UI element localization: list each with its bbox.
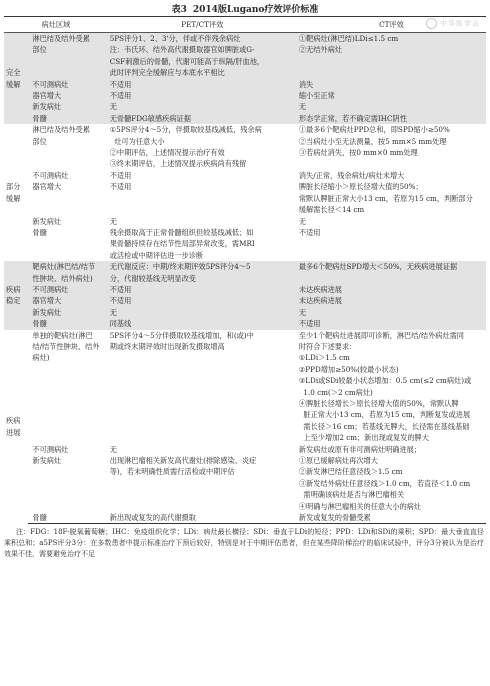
pet-cell: 5PS评分1、2、3'分，伴或不伴残余病灶注：韦氏环、结外高代谢摄取器官如脾脏或… (108, 33, 297, 79)
pet-cell: 不适用 (108, 79, 297, 90)
table-row: 新发病灶无无 (4, 101, 486, 112)
region-cell: 骨髓 (28, 227, 107, 261)
pet-cell: 无 (108, 444, 297, 455)
ct-cell: ①靶病灶(淋巴结)LDi≤1.5 cm②无结外病灶 (297, 33, 486, 79)
pet-cell: 无 (108, 101, 297, 112)
table-row: 骨髓同基线不适用 (4, 318, 486, 329)
table-row: 不可测病灶不适用消失/正常，残余病灶/病灶未增大 (4, 170, 486, 181)
region-cell: 不可测病灶 (28, 284, 107, 295)
table-row: 骨髓残余摄取高于正常骨髓组织但较基线减低；如果骨髓持续存在结节性局部异常改变，需… (4, 227, 486, 261)
watermark-logo-icon (426, 18, 437, 29)
table-row: 不可测病灶无新发病灶或原有非可测病灶明确进展； (4, 444, 486, 455)
table-number: 表3 (172, 5, 187, 15)
watermark: 中华医学会 (426, 18, 480, 29)
ct-cell: 无 (297, 101, 486, 112)
ct-cell: 不适用 (297, 227, 486, 261)
ct-cell: 新发病灶或原有非可测病灶明确进展； (297, 444, 486, 455)
table-row: 部分缓解淋巴结及结外受累部位①5PS评分4～5分，伴摄取较基线减低，残余病 灶可… (4, 124, 486, 170)
table-row: 新发病灶无无 (4, 307, 486, 318)
ct-cell: 消失 (297, 79, 486, 90)
region-cell: 靶病灶(淋巴结/结节性肿块、结外病灶) (28, 261, 107, 284)
table-row: 疾病进展单独的靶病灶(淋巴结/结节性肿块、结外病灶)5PS评分4～5分伴摄取较基… (4, 330, 486, 444)
pet-cell: 出现淋巴瘤相关新发高代谢灶(排除感染、炎症等)，若未明确性质需行活检或中期评估 (108, 455, 297, 512)
ct-cell: 无 (297, 307, 486, 318)
table-body: 完全缓解淋巴结及结外受累部位5PS评分1、2、3'分，伴或不伴残余病灶注：韦氏环… (4, 33, 486, 524)
ct-cell: 新发或复发的骨髓受累 (297, 512, 486, 524)
pet-cell: 5PS评分4～5分伴摄取较基线增加，和(或)中期或终末期评效时出现新发摄取增高 (108, 330, 297, 444)
region-cell: 新发病灶 (28, 307, 107, 318)
pet-cell: 无 (108, 307, 297, 318)
region-cell: 骨髓 (28, 512, 107, 524)
ct-cell: 缩小至正常 (297, 90, 486, 101)
lugano-criteria-table: 病灶区域 PET/CT评效 CT评效 完全缓解淋巴结及结外受累部位5PS评分1、… (4, 16, 486, 524)
category-cell: 疾病稳定 (4, 261, 28, 329)
ct-cell: ①原已缓解病灶再次增大②新发淋巴结任意径线＞1.5 cm③新发结外病灶任意径线＞… (297, 455, 486, 512)
pet-cell: 不适用 (108, 181, 297, 215)
region-cell: 不可测病灶 (28, 79, 107, 90)
pet-cell: 新出现或复发的高代谢摄取 (108, 512, 297, 524)
pet-cell: ①5PS评分4～5分，伴摄取较基线减低，残余病 灶可为任意大小②中期评估，上述情… (108, 124, 297, 170)
header-pet-ct: PET/CT评效 (108, 17, 297, 33)
document-page: 表32014版Lugano疗效评价标准 中华医学会 病灶区域 PET/CT评效 … (0, 0, 490, 686)
table-row: 器官增大不适用未达疾病进展 (4, 295, 486, 306)
region-cell: 新发病灶 (28, 216, 107, 227)
ct-cell: 最多6个靶病灶SPD增大＜50%，无疾病进展证据 (297, 261, 486, 284)
table-row: 新发病灶出现淋巴瘤相关新发高代谢灶(排除感染、炎症等)，若未明确性质需行活检或中… (4, 455, 486, 512)
table-row: 器官增大不适用脾脏长径缩小＞原长径增大值的50%；常默认脾脏正常大小13 cm，… (4, 181, 486, 215)
region-cell: 新发病灶 (28, 101, 107, 112)
table-header-row: 病灶区域 PET/CT评效 CT评效 (4, 17, 486, 33)
ct-cell: 至少1个靶病灶进展即可诊断，淋巴结/结外病灶需同时符合下述要求：①LDi＞1.5… (297, 330, 486, 444)
category-cell: 疾病进展 (4, 330, 28, 524)
region-cell: 器官增大 (28, 181, 107, 215)
region-cell: 单独的靶病灶(淋巴结/结节性肿块、结外病灶) (28, 330, 107, 444)
region-cell: 淋巴结及结外受累部位 (28, 33, 107, 79)
pet-cell: 无 (108, 216, 297, 227)
ct-cell: 未达疾病进展 (297, 295, 486, 306)
ct-cell: 消失/正常，残余病灶/病灶未增大 (297, 170, 486, 181)
table-row: 新发病灶无无 (4, 216, 486, 227)
header-region: 病灶区域 (4, 17, 108, 33)
table-caption: 表32014版Lugano疗效评价标准 (0, 0, 490, 16)
pet-cell: 残余摄取高于正常骨髓组织但较基线减低；如果骨髓持续存在结节性局部异常改变，需MR… (108, 227, 297, 261)
pet-cell: 不适用 (108, 90, 297, 101)
table-row: 骨髓新出现或复发的高代谢摄取新发或复发的骨髓受累 (4, 512, 486, 524)
pet-cell: 同基线 (108, 318, 297, 329)
region-cell: 骨髓 (28, 113, 107, 124)
pet-cell: 无骨髓FDG敏感疾病证据 (108, 113, 297, 124)
ct-cell: 无 (297, 216, 486, 227)
ct-cell: 未达疾病进展 (297, 284, 486, 295)
region-cell: 不可测病灶 (28, 170, 107, 181)
pet-cell: 不适用 (108, 284, 297, 295)
region-cell: 器官增大 (28, 90, 107, 101)
region-cell: 器官增大 (28, 295, 107, 306)
table-footnote: 注：FDG：18F-脱氧葡萄糖；IHC：免疫组织化学；LDi：病灶最长横径；SD… (4, 527, 484, 560)
table-row: 不可测病灶不适用未达疾病进展 (4, 284, 486, 295)
region-cell: 淋巴结及结外受累部位 (28, 124, 107, 170)
table-row: 骨髓无骨髓FDG敏感疾病证据形态学正常，若不确定需IHC阴性 (4, 113, 486, 124)
table-row: 器官增大不适用缩小至正常 (4, 90, 486, 101)
region-cell: 新发病灶 (28, 455, 107, 512)
region-cell: 不可测病灶 (28, 444, 107, 455)
table-row: 疾病稳定靶病灶(淋巴结/结节性肿块、结外病灶)无代谢反应：中期/终末期评效5PS… (4, 261, 486, 284)
table-row: 不可测病灶不适用消失 (4, 79, 486, 90)
ct-cell: 不适用 (297, 318, 486, 329)
pet-cell: 不适用 (108, 170, 297, 181)
pet-cell: 不适用 (108, 295, 297, 306)
category-cell: 完全缓解 (4, 33, 28, 125)
category-cell: 部分缓解 (4, 124, 28, 261)
table-title: 2014版Lugano疗效评价标准 (193, 5, 319, 15)
region-cell: 骨髓 (28, 318, 107, 329)
ct-cell: ①最多6个靶病灶PPD总和，即SPD缩小≥50%②当病灶小至无法测量，按5 mm… (297, 124, 486, 170)
ct-cell: 形态学正常，若不确定需IHC阴性 (297, 113, 486, 124)
table-row: 完全缓解淋巴结及结外受累部位5PS评分1、2、3'分，伴或不伴残余病灶注：韦氏环… (4, 33, 486, 79)
ct-cell: 脾脏长径缩小＞原长径增大值的50%；常默认脾脏正常大小13 cm，若原为15 c… (297, 181, 486, 215)
pet-cell: 无代谢反应：中期/终末期评效5PS评分4～5分，代谢较基线无明显改变 (108, 261, 297, 284)
